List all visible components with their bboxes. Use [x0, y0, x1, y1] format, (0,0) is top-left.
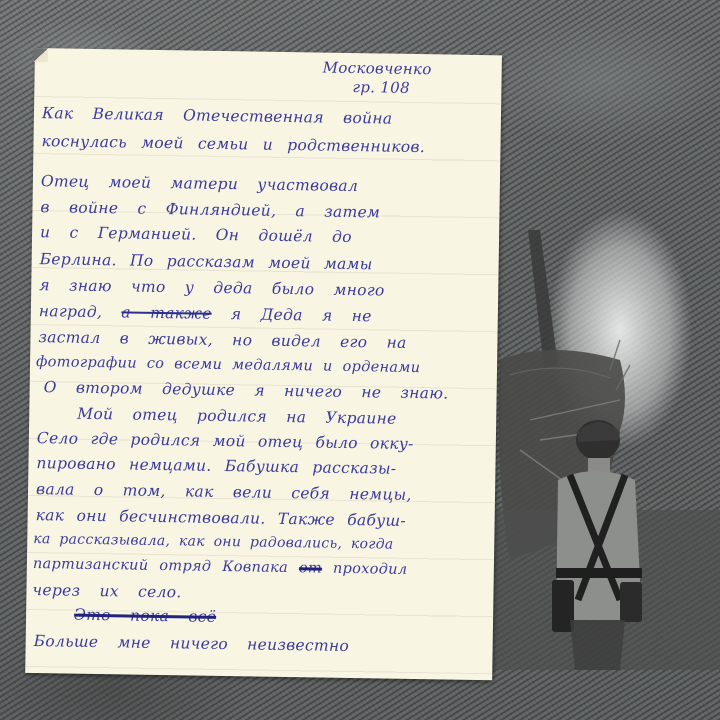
body-line: вала о том, как вели себя немцы, [36, 480, 412, 504]
body-line: и с Германией. Он дошёл до [40, 223, 352, 246]
body-line: Берлина. По рассказам моей мамы [40, 250, 373, 273]
letter-sheet: Московченко гр. 108 Как Великая Отечеств… [25, 48, 502, 680]
title-line-2: коснулась моей семьи и родственников. [41, 132, 425, 156]
text-segment: я Деда я не [212, 305, 372, 326]
body-line: Село где родился мой отец было окку- [37, 429, 414, 453]
struck-text: от [299, 560, 322, 576]
body-line: фотографии со всеми медалями и орденами [36, 354, 420, 376]
title-line-1: Как Великая Отечественная война [42, 104, 393, 128]
group-number: гр. 108 [352, 78, 410, 97]
body-line: как они бесчинствовали. Также бабуш- [36, 506, 407, 530]
folded-corner [34, 48, 48, 62]
author-name: Московченко [323, 59, 432, 79]
body-line: Мой отец родился на Украине [77, 405, 397, 428]
body-line: через их село. [32, 581, 181, 601]
closing-line: Больше мне ничего неизвестно [34, 632, 350, 655]
body-line: О втором дедушке я ничего не знаю. [44, 378, 449, 402]
text-segment: проходил [322, 561, 408, 578]
wartime-soldier-photo [470, 200, 720, 670]
struck-line: Это пока всё [74, 606, 216, 626]
body-line: застал в живых, но видел его на [38, 328, 406, 352]
body-line: Отец моей матери участвовал [41, 172, 358, 195]
body-line-with-strikethrough: наград, а также я Деда я не [39, 302, 372, 325]
body-line-with-strikethrough: партизанский отряд Ковпака от проходил [33, 556, 408, 578]
text-segment: партизанский отряд Ковпака [33, 556, 299, 576]
struck-text: а также [121, 303, 212, 322]
body-line: в войне с Финляндией, а затем [40, 198, 380, 221]
body-line: ка рассказывала, как они радовались, ког… [33, 531, 393, 553]
text-segment: наград, [39, 302, 122, 321]
body-line: я знаю что у деда было много [39, 276, 385, 299]
body-line: пировано немцами. Бабушка рассказы- [36, 454, 396, 478]
